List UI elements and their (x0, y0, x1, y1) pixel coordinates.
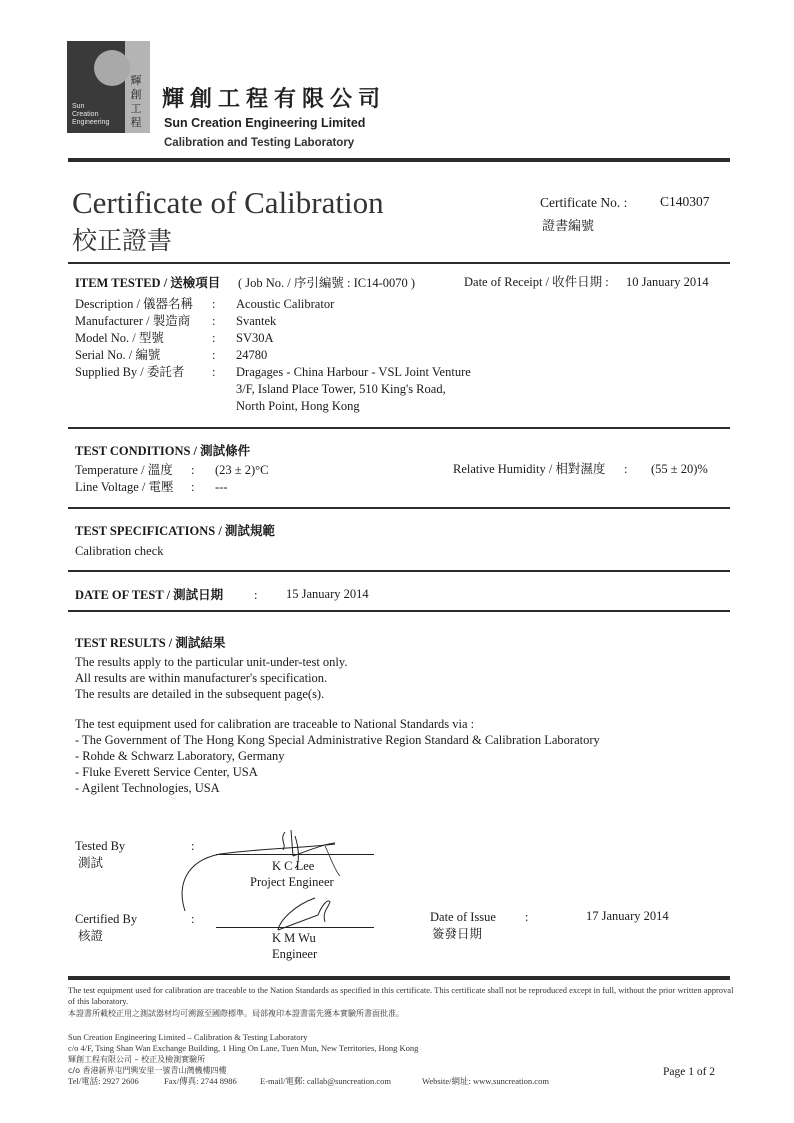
page-number: Page 1 of 2 (663, 1064, 715, 1080)
issue-date: 17 January 2014 (586, 908, 669, 924)
header-divider (68, 158, 730, 162)
footer-address-line: 輝創工程有限公司 – 校正及檢測實驗所 (68, 1054, 205, 1065)
traceability-item: - The Government of The Hong Kong Specia… (75, 732, 600, 748)
logo-chinese-text: 輝 創 工 程 (129, 74, 143, 130)
colon: : (212, 296, 215, 312)
footer-divider (68, 976, 730, 980)
colon: : (212, 313, 215, 329)
field-value-description: Acoustic Calibrator (236, 296, 334, 312)
colon: : (191, 911, 194, 927)
traceability-item: - Fluke Everett Service Center, USA (75, 764, 258, 780)
company-name-english: Sun Creation Engineering Limited (164, 116, 365, 130)
result-line: The results apply to the particular unit… (75, 654, 347, 670)
section-divider (68, 262, 730, 264)
test-results-heading: TEST RESULTS / 測試結果 (75, 635, 225, 651)
footer-fax: Fax/傳真: 2744 8986 (164, 1076, 237, 1087)
temperature-label: Temperature / 溫度 (75, 462, 173, 478)
section-divider (68, 570, 730, 572)
result-line: The results are detailed in the subseque… (75, 686, 324, 702)
colon: : (212, 347, 215, 363)
colon: : (191, 462, 194, 478)
certificate-number-label: Certificate No. : (540, 195, 627, 211)
section-divider (68, 507, 730, 509)
test-specifications-heading: TEST SPECIFICATIONS / 測試規範 (75, 523, 275, 539)
traceability-item: - Rohde & Schwarz Laboratory, Germany (75, 748, 285, 764)
company-logo-icon: Sun Creation Engineering 輝 創 工 程 (67, 41, 150, 133)
certificate-number: C140307 (660, 194, 710, 210)
section-divider (68, 427, 730, 429)
section-divider (68, 610, 730, 612)
item-tested-heading: ITEM TESTED / 送檢項目 (75, 275, 220, 291)
logo-english-text: Sun Creation Engineering (72, 103, 109, 127)
date-of-test-heading: DATE OF TEST / 測試日期 (75, 587, 223, 603)
tested-by-label: Tested By (75, 838, 125, 854)
footer-address-line: c/o 4/F, Tsing Shan Wan Exchange Buildin… (68, 1043, 418, 1054)
colon: : (212, 330, 215, 346)
date-of-test-value: 15 January 2014 (286, 586, 369, 602)
colon: : (254, 587, 257, 603)
logo-circle (94, 50, 130, 86)
footer-tel: Tel/電話: 2927 2606 (68, 1076, 139, 1087)
certified-by-title: Engineer (272, 946, 317, 962)
field-label-description: Description / 儀器名稱 (75, 296, 193, 312)
field-label-model: Model No. / 型號 (75, 330, 164, 346)
voltage-value: --- (215, 479, 228, 495)
traceability-item: - Agilent Technologies, USA (75, 780, 220, 796)
footer-address-line: Sun Creation Engineering Limited – Calib… (68, 1032, 308, 1043)
page-title-chinese: 校正證書 (72, 221, 172, 257)
issue-date-label: Date of Issue (430, 909, 496, 925)
footer-notice-chinese: 本證書所載校正用之測試器材均可溯源至國際標準。局部複印本證書需先獲本實驗所書面批… (68, 1008, 404, 1019)
colon: : (525, 909, 528, 925)
field-label-manufacturer: Manufacturer / 製造商 (75, 313, 190, 329)
humidity-label: Relative Humidity / 相對濕度 (453, 461, 605, 477)
tested-by-label-chinese: 測試 (78, 855, 103, 871)
certificate-number-label-chinese: 證書編號 (542, 215, 594, 234)
humidity-value: (55 ± 20)% (651, 461, 708, 477)
certified-by-label-chinese: 核證 (78, 928, 103, 944)
test-conditions-heading: TEST CONDITIONS / 測試條件 (75, 443, 250, 459)
certified-by-label: Certified By (75, 911, 137, 927)
issue-date-label-chinese: 簽發日期 (432, 926, 482, 942)
field-value-model: SV30A (236, 330, 274, 346)
field-label-serial: Serial No. / 編號 (75, 347, 160, 363)
field-value-manufacturer: Svantek (236, 313, 276, 329)
job-number: ( Job No. / 序引編號 : IC14-0070 ) (238, 275, 415, 291)
footer-notice: The test equipment used for calibration … (68, 985, 738, 1007)
signature-km-wu-icon (270, 890, 360, 940)
lab-name: Calibration and Testing Laboratory (164, 137, 354, 149)
page-title: Certificate of Calibration (72, 185, 384, 221)
supplier-address-line: North Point, Hong Kong (236, 398, 360, 414)
field-value-serial: 24780 (236, 347, 267, 363)
footer-email[interactable]: E-mail/電郵: callab@suncreation.com (260, 1076, 391, 1087)
supplier-address-line: 3/F, Island Place Tower, 510 King's Road… (236, 381, 446, 397)
voltage-label: Line Voltage / 電壓 (75, 479, 174, 495)
field-value-supplier: Dragages - China Harbour - VSL Joint Ven… (236, 364, 471, 380)
result-line: All results are within manufacturer's sp… (75, 670, 327, 686)
colon: : (212, 364, 215, 380)
footer-website[interactable]: Website/網址: www.suncreation.com (422, 1076, 549, 1087)
temperature-value: (23 ± 2)°C (215, 462, 269, 478)
traceability-intro: The test equipment used for calibration … (75, 716, 474, 732)
company-name-chinese: 輝創工程有限公司 (162, 82, 386, 113)
test-specifications-value: Calibration check (75, 543, 164, 559)
colon: : (624, 461, 627, 477)
colon: : (191, 479, 194, 495)
receipt-date: 10 January 2014 (626, 274, 709, 290)
field-label-supplier: Supplied By / 委託者 (75, 364, 184, 380)
footer-address-line: c/o 香港新界屯門興安里一號青山灣機樓四樓 (68, 1065, 227, 1076)
receipt-date-label: Date of Receipt / 收件日期 : (464, 274, 609, 290)
